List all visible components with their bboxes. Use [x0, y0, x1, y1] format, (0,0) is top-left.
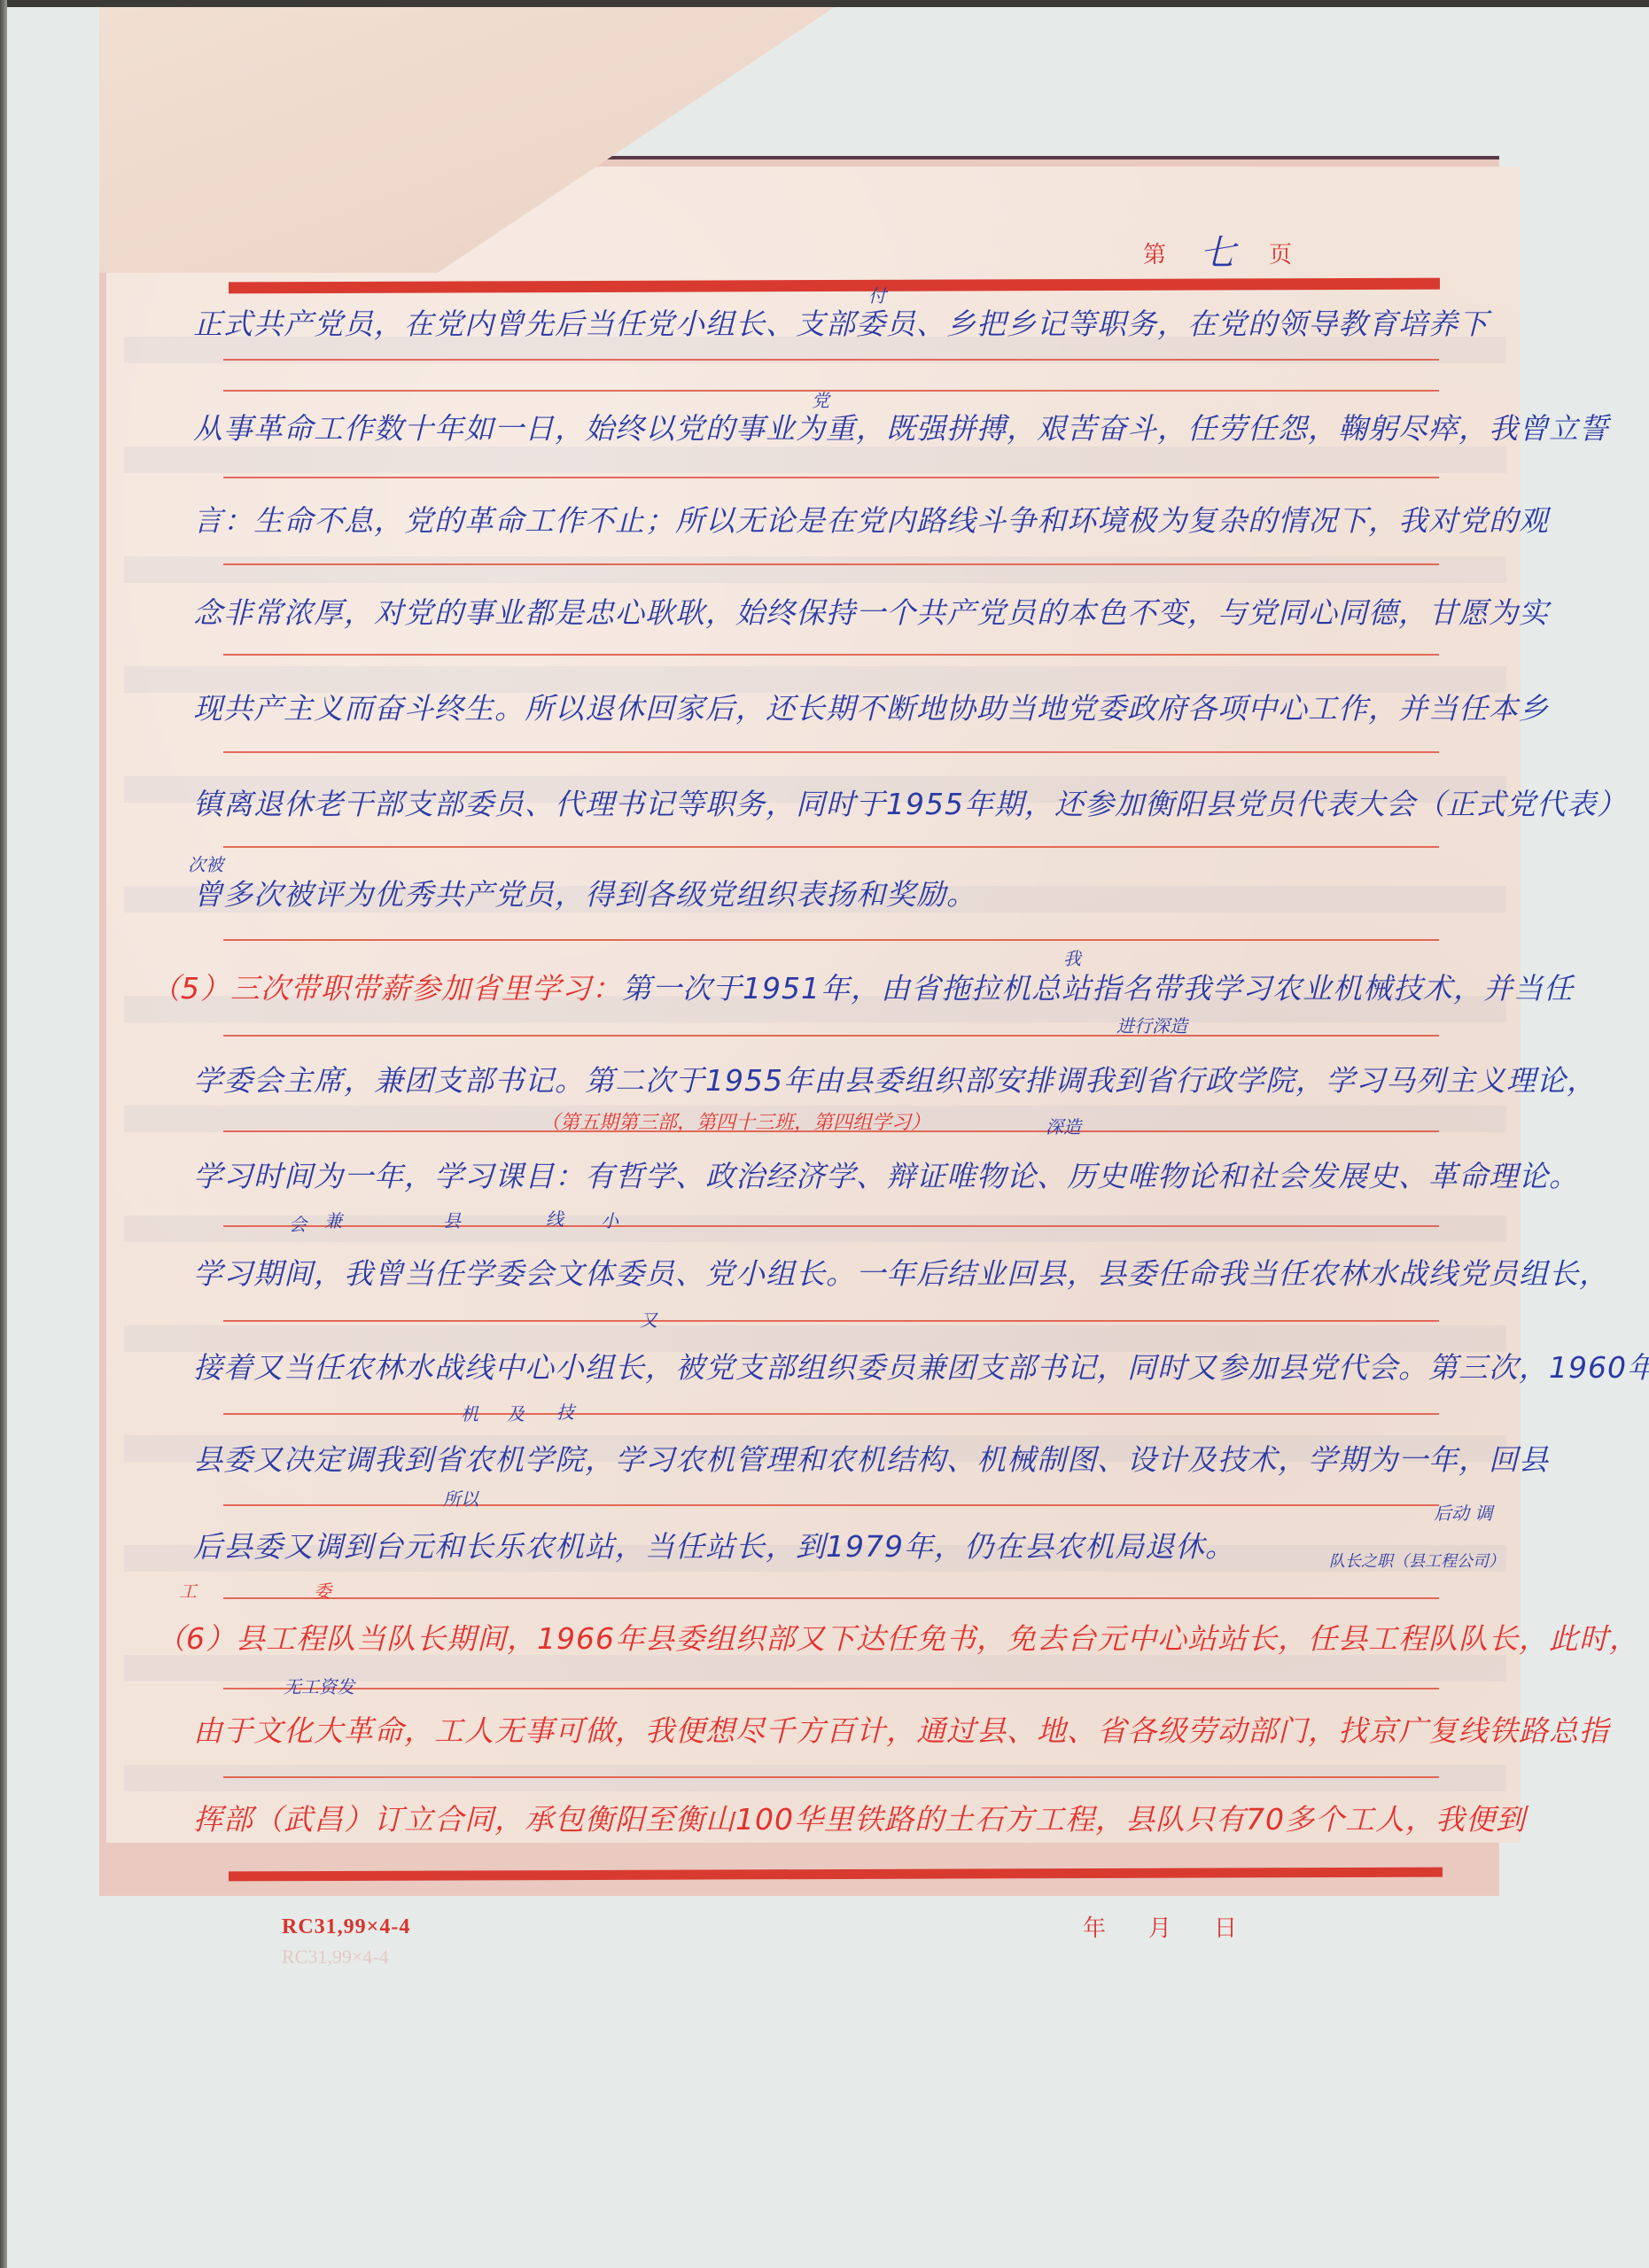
- text-line-5: 现共产主义而奋斗终生。所以退休回家后，还长期不断地协助当地党委政府各项中心工作，…: [193, 691, 1451, 726]
- ruled-line: [223, 1504, 1439, 1506]
- ruled-line: [223, 563, 1439, 565]
- annotation-insert: 所以: [443, 1485, 478, 1511]
- scanner-edge-top: [0, 0, 1649, 7]
- date-field: 年 月 日: [1083, 1910, 1237, 1943]
- annotation-insert: 机: [461, 1400, 478, 1425]
- annotation-red-remark: （第五期第三部，第四十三班，第四组学习）: [541, 1107, 930, 1135]
- text-line-8-body: 第一次于1951年，由省拖拉机总站指名带我学习农业机械技术，并当任: [622, 971, 1574, 1006]
- scanner-edge-left: [0, 0, 7, 2268]
- margin-note: 后动 调: [1434, 1499, 1492, 1525]
- annotation-insert: 党: [812, 386, 829, 412]
- ruled-line: [223, 1688, 1439, 1689]
- text-line-16: 由于文化大革命，工人无事可做，我便想尽千方百计，通过县、地、省各级劳动部门，找京…: [193, 1713, 1451, 1749]
- page-label-prefix: 第: [1143, 237, 1166, 269]
- annotation-insert: 兼: [324, 1207, 342, 1232]
- annotation-insert: 会: [289, 1210, 307, 1236]
- margin-note: 队长之职（县工程公司）: [1329, 1549, 1505, 1572]
- text-line-17: 挥部（武昌）订立合同，承包衡阳至衡山100华里铁路的土石方工程，县队只有70多个…: [193, 1802, 1451, 1837]
- page-number: 七: [1200, 225, 1235, 276]
- form-code-offset-print: RC31,99×4-4: [282, 1946, 389, 1969]
- date-day-label: 日: [1214, 1910, 1237, 1943]
- page-label-suffix: 页: [1269, 237, 1292, 269]
- page-number-header: 第 七 页: [1143, 235, 1292, 270]
- ruled-line: [223, 939, 1439, 941]
- annotation-insert: 我: [1063, 944, 1081, 970]
- text-line-13: 县委又决定调我到省农机学院，学习农机管理和农机结构、机械制图、设计及技术，学期为…: [193, 1442, 1451, 1478]
- annotation-insert: 工: [179, 1577, 197, 1603]
- text-line-3: 言：生命不息，党的革命工作不止；所以无论是在党内路线斗争和环境极为复杂的情况下，…: [193, 503, 1451, 539]
- section-heading-5: （5）三次带职带薪参加省里学习：: [151, 971, 622, 1006]
- annotation-insert: 无工资发: [284, 1673, 354, 1698]
- text-line-11: 学习期间，我曾当任学委会文体委员、党小组长。一年后结业回县，县委任命我当任农林水…: [193, 1256, 1451, 1292]
- ruled-line: [223, 1597, 1439, 1599]
- annotation-insert: 县: [443, 1207, 461, 1232]
- text-line-12: 接着又当任农林水战线中心小组长，被党支部组织委员兼团支部书记，同时又参加县党代会…: [193, 1350, 1451, 1386]
- ruled-line: [223, 1413, 1439, 1415]
- text-line-6: 镇离退休老干部支部委员、代理书记等职务，同时于1955年期，还参加衡阳县党员代表…: [193, 787, 1451, 822]
- text-line-4: 念非常浓厚，对党的事业都是忠心耿耿，始终保持一个共产党员的本色不变，与党同心同德…: [193, 595, 1451, 631]
- ruled-line: [223, 751, 1439, 753]
- annotation-insert: 深造: [1046, 1113, 1081, 1138]
- ruled-line: [223, 1320, 1439, 1322]
- ruled-line: [223, 654, 1439, 656]
- annotation-insert: 小: [601, 1207, 618, 1232]
- ruled-line: [223, 477, 1439, 478]
- text-line-15-section-6: （6）县工程队当队长期间，1966年县委组织部又下达任免书，免去台元中心站站长，…: [156, 1621, 1414, 1657]
- ruled-line: [223, 846, 1439, 848]
- text-line-9: 学委会主席，兼团支部书记。第二次于1955年由县委组织部安排调我到省行政学院，学…: [193, 1063, 1451, 1099]
- text-line-7: 曾多次被评为优秀共产党员，得到各级党组织表扬和奖励。: [193, 877, 1451, 913]
- annotation-insert: 进行深造: [1116, 1012, 1187, 1037]
- ruled-line: [223, 1035, 1439, 1037]
- annotation-insert: 及: [507, 1400, 525, 1425]
- form-code: RC31,99×4-4: [282, 1915, 410, 1939]
- annotation-insert: 次被: [188, 850, 223, 876]
- text-line-1: 正式共产党员，在党内曾先后当任党小组长、支部委员、乡把乡记等职务，在党的领导教育…: [193, 307, 1451, 342]
- date-year-label: 年: [1083, 1910, 1106, 1943]
- annotation-insert: 技: [556, 1398, 574, 1424]
- text-line-14: 后县委又调到台元和长乐农机站，当任站长，到1979年，仍在县农机局退休。: [193, 1529, 1451, 1565]
- annotation-insert: 又: [640, 1306, 657, 1332]
- annotation-insert: 线: [546, 1205, 564, 1231]
- text-line-10: 学习时间为一年，学习课目：有哲学、政治经济学、辩证唯物论、历史唯物论和社会发展史…: [193, 1159, 1451, 1194]
- ruled-line: [223, 390, 1439, 392]
- date-month-label: 月: [1148, 1910, 1171, 1943]
- annotation-insert: 付: [868, 282, 886, 307]
- text-line-8: （5）三次带职带薪参加省里学习：第一次于1951年，由省拖拉机总站指名带我学习农…: [151, 971, 1409, 1006]
- ruled-line: [223, 1225, 1439, 1227]
- annotation-insert: 委: [314, 1577, 331, 1603]
- ruled-line: [223, 1776, 1439, 1778]
- ruled-line: [223, 359, 1439, 361]
- text-line-2: 从事革命工作数十年如一日，始终以党的事业为重，既强拼搏，艰苦奋斗，任劳任怨，鞠躬…: [193, 411, 1451, 447]
